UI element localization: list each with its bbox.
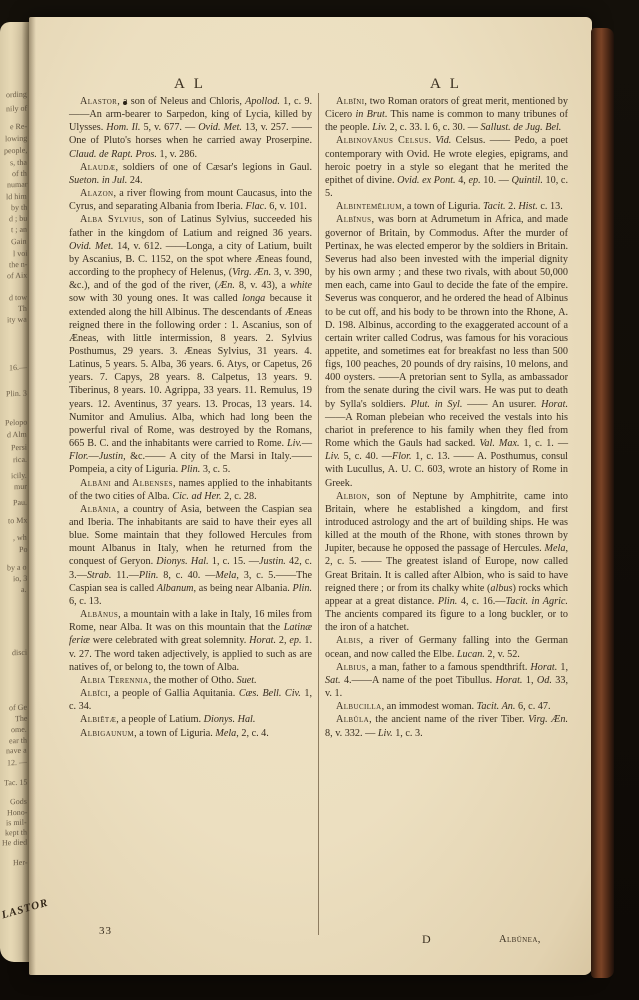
margin-text-fragment: the n- (9, 260, 27, 270)
margin-text-fragment: ome. (11, 725, 27, 735)
margin-text-fragment: rica. (13, 455, 27, 464)
entry-text: Liv. (287, 438, 302, 449)
entry-headword: Albia Terennia (80, 675, 149, 686)
margin-text-fragment: Pelopo (5, 418, 27, 428)
entry-text: —— An usurer. (462, 399, 541, 410)
entry-text: Tacit. in Agric. (506, 596, 568, 607)
entry-text: 1, (557, 662, 568, 673)
entry-text: 1, c. 1. — (520, 438, 568, 449)
entry-headword: Albintemēlium (336, 201, 402, 212)
margin-text-fragment: numar (7, 180, 27, 190)
entry-text: Lucan. (457, 649, 485, 660)
entry-text: 11.— (111, 570, 138, 581)
entry-text: , a river of Germany falling into the Ge… (325, 635, 568, 659)
entry-text: ep. (289, 635, 301, 646)
margin-text-fragment: , wh (13, 533, 27, 542)
entry-text: , an immodest woman. (382, 701, 477, 712)
entry-text: Sueton. in Jul. (69, 175, 127, 186)
entry-text: , a town of Liguria. (134, 728, 215, 739)
entry-text: Dionys. Hal. (156, 556, 208, 567)
entry-text: , a people of Latium. (116, 714, 203, 725)
entry-paragraph: Albion, son of Neptune by Amphitrite, ca… (325, 490, 568, 635)
entry-headword: Albigaunum (80, 728, 134, 739)
entry-text: Flor. (69, 451, 89, 462)
entry-text: 1, c. 3. (393, 728, 423, 739)
entry-text: , a town of Liguria. (402, 201, 483, 212)
entry-headword: Albīnus (336, 214, 371, 225)
entry-headword: Albŭla (336, 714, 369, 725)
entry-text: Mela (215, 728, 236, 739)
entry-text: Plin. (292, 583, 312, 594)
entry-text: Apollod. (245, 96, 280, 107)
entry-text: , was born at Adrumetum in Africa, and m… (325, 214, 568, 409)
margin-text-fragment: is mil- (6, 818, 27, 828)
entry-text: , the ancient name of the river Tiber. (369, 714, 528, 725)
entry-paragraph: Albŭla, the ancient name of the river Ti… (325, 713, 568, 739)
entry-text: Plin. (139, 570, 159, 581)
margin-text-fragment: Gods (10, 797, 27, 807)
margin-text-fragment: l voi (13, 249, 27, 259)
entry-paragraph: Albānia, a country of Asia, between the … (69, 503, 312, 608)
entry-text: Val. Max. (479, 438, 519, 449)
margin-text-fragment: ording (6, 90, 27, 100)
entry-text: Horat. (496, 675, 523, 686)
entry-text: 10. — (481, 175, 512, 186)
entry-text: longa (242, 293, 265, 304)
margin-text-fragment: t ; an (11, 225, 27, 235)
entry-text: 8, c. 40. — (158, 570, 215, 581)
entry-paragraph: Albucilla, an immodest woman. Tacit. An.… (325, 700, 568, 713)
entry-text: Ovid. ex Pont. (397, 175, 455, 186)
entry-text: — (302, 438, 312, 449)
book-photo-background: ordingnily ofe Re-lowingpeople,s, thaof … (0, 0, 639, 1000)
entry-text: Justin (99, 451, 123, 462)
entry-text: Horat. (530, 662, 557, 673)
entry-text: 2, c. 33. l. 6, c. 30. — (387, 122, 480, 133)
entry-text: 4, (456, 175, 469, 186)
entry-text: Albanum (157, 583, 194, 594)
margin-text-fragment: s, tha (10, 158, 27, 168)
entry-headword: Alazon (80, 188, 113, 199)
column-right: Albīni, two Roman orators of great merit… (325, 95, 568, 740)
entry-text: , the mother of Otho. (149, 675, 237, 686)
running-head-right: A L (325, 76, 567, 93)
entry-text: , a people of Gallia Aquitania. (108, 688, 239, 699)
page-gutter-crease (29, 17, 36, 975)
margin-text-fragment: Po (19, 545, 27, 554)
entry-headword: Albiētæ (80, 714, 116, 725)
entry-text: 2. (506, 201, 519, 212)
margin-text-fragment: The (15, 714, 27, 723)
margin-text-fragment: Her- (13, 858, 28, 868)
margin-text-fragment: disci (12, 648, 27, 658)
entry-headword: Albis (336, 635, 361, 646)
entry-text: Plin. (438, 596, 458, 607)
margin-text-fragment: icily. (11, 471, 27, 481)
entry-text: 2, c. 28. (222, 491, 257, 502)
entry-text: — (89, 451, 99, 462)
margin-text-fragment: nave a (6, 746, 27, 756)
entry-headword: Albāni (80, 478, 111, 489)
margin-text-fragment: ear th (9, 736, 27, 746)
entry-headword: Albānus (80, 609, 118, 620)
margin-text-fragment: ity wa (7, 315, 27, 325)
entry-text: Liv. (378, 728, 393, 739)
entry-text: ep. (469, 175, 481, 186)
entry-text: 5, v. 677. — (140, 122, 198, 133)
entry-text: 6, c. 13. (69, 596, 102, 607)
entry-paragraph: Alastor, a son of Neleus and Chloris, Ap… (69, 95, 312, 161)
entry-paragraph: Albius, a man, father to a famous spendt… (325, 661, 568, 700)
entry-text: 5, c. 40. — (340, 451, 392, 462)
entry-text: were celebrated with great solemnity. (90, 635, 249, 646)
entry-paragraph: Albāni and Albenses, names applied to th… (69, 477, 312, 503)
entry-text: The ancients compared its figure to a lo… (325, 609, 568, 633)
entry-headword: Albīni (336, 96, 364, 107)
margin-text-fragment: Plin. 3 (6, 389, 27, 399)
entry-paragraph: Albiētæ, a people of Latium. Dionys. Hal… (69, 713, 312, 726)
entry-headword: Albion (336, 491, 367, 502)
entry-paragraph: Albānus, a mountain with a lake in Italy… (69, 608, 312, 674)
facing-page-edge: ordingnily ofe Re-lowingpeople,s, thaof … (0, 22, 31, 962)
entry-text: 6, c. 47. (515, 701, 550, 712)
entry-headword: Albucilla (336, 701, 382, 712)
running-head-left: A L (69, 76, 311, 93)
entry-text: 4, c. 16.— (457, 596, 505, 607)
entry-paragraph: Alazon, a river flowing from mount Cauca… (69, 187, 312, 213)
book-page: A L A L Alastor, a son of Neleus and Chl… (29, 17, 592, 975)
entry-paragraph: Albīnus, was born at Adrumetum in Africa… (325, 213, 568, 489)
entry-text: , a son of Neleus and Chloris, (117, 96, 245, 107)
entry-text: Claud. de Rapt. Pros. (69, 149, 157, 160)
entry-text: 3, c. 5. (200, 464, 230, 475)
entry-headword: Alaudæ (80, 162, 115, 173)
entry-text: Tacit. An. (477, 701, 516, 712)
entry-text: Justin. (259, 556, 286, 567)
entry-text: Cic. ad Her. (172, 491, 221, 502)
entry-text: white (290, 280, 312, 291)
entry-paragraph: Albinovānus Celsus. Vid. Celsus. —— Pedo… (325, 134, 568, 200)
entry-text: , soldiers of one of Cæsar's legions in … (115, 162, 312, 173)
margin-text-fragment: He died (2, 838, 27, 848)
margin-text-fragment: of th (12, 169, 27, 179)
entry-text: , 2, c. 4. (236, 728, 269, 739)
entry-text: Horat. (249, 635, 276, 646)
margin-text-fragment: Tac. 15 (4, 778, 27, 788)
margin-text-fragment: Th (18, 304, 27, 313)
column-left: Alastor, a son of Neleus and Chloris, Ap… (69, 95, 312, 740)
entry-headword: Albenses (132, 478, 173, 489)
entry-text: Virg. Æn. (528, 714, 568, 725)
entry-text: sow with 30 young ones. It was called (69, 293, 242, 304)
entry-text: Suet. (237, 675, 257, 686)
entry-text: Plut. in Syl. (410, 399, 462, 410)
margin-text-fragment: 16.— (9, 363, 27, 373)
entry-text: Od. (537, 675, 552, 686)
entry-text: Virg. Æn. (232, 267, 271, 278)
entry-text: Cæs. Bell. Civ. (239, 688, 301, 699)
entry-paragraph: Albĭci, a people of Gallia Aquitania. Cæ… (69, 687, 312, 713)
margin-text-fragment: kept th (5, 828, 27, 838)
margin-text-fragment: Persi (11, 443, 27, 453)
entry-text: c. 13. (538, 201, 563, 212)
entry-text: 8, v. 43), a (235, 280, 290, 291)
margin-text-fragment: of Ge (9, 703, 27, 713)
entry-text: Sallust. de Jug. Bel. (480, 122, 561, 133)
book-binding-leather (591, 28, 614, 978)
margin-text-fragment: io, 3 (13, 574, 27, 583)
entry-text: Sat. (325, 675, 341, 686)
entry-text: Liv. (325, 451, 340, 462)
entry-text: Ovid. Met. (198, 122, 242, 133)
entry-text: Mela (215, 570, 236, 581)
entry-text: in Brut (355, 109, 384, 120)
entry-text: , as being near Albania. (194, 583, 293, 594)
entry-text: , a man, father to a famous spendthrift. (366, 662, 530, 673)
margin-text-fragment: Gain (11, 237, 27, 247)
entry-text: Hist. (518, 201, 538, 212)
entry-text: 6, v. 101. (267, 201, 307, 212)
margin-text-fragment: d ; bu (9, 214, 27, 224)
margin-text-fragment: of Aix (7, 271, 27, 281)
entry-text: 2, v. 52. (485, 649, 520, 660)
entry-text: Ovid. Met. (69, 241, 113, 252)
margin-text-fragment: Hono- (7, 808, 27, 818)
entry-text: Plin. (181, 464, 201, 475)
entry-text: 1, v. 286. (157, 149, 197, 160)
entry-paragraph: Alaudæ, soldiers of one of Cæsar's legio… (69, 161, 312, 187)
margin-text-fragment: d Alm (7, 430, 27, 440)
margin-text-fragment: lowing (5, 134, 27, 144)
entry-text: Mela (545, 543, 566, 554)
entry-text: Quintil. (512, 175, 543, 186)
entry-text: 4.——A name of the poet Tibullus. (341, 675, 496, 686)
entry-text: Dionys. Hal. (204, 714, 256, 725)
entry-text: because it extended along the hill Albin… (69, 293, 312, 449)
entry-paragraph: Albīni, two Roman orators of great merit… (325, 95, 568, 134)
entry-text: Liv. (372, 122, 387, 133)
page-number: 33 (99, 925, 112, 937)
margin-text-fragment: mur (14, 482, 27, 491)
entry-text: Horat. (541, 399, 568, 410)
entry-headword: Albĭci (80, 688, 108, 699)
entry-text: 24. (127, 175, 142, 186)
entry-paragraph: Albia Terennia, the mother of Otho. Suet… (69, 674, 312, 687)
entry-text: Æn. (218, 280, 235, 291)
entry-text: Hom. Il. (106, 122, 140, 133)
entry-text: Flor. (392, 451, 412, 462)
entry-text: 1, (522, 675, 536, 686)
entry-text: Flac. (246, 201, 267, 212)
margin-text-fragment: people, (4, 146, 27, 156)
entry-text: Vid. (435, 135, 451, 146)
entry-paragraph: Albigaunum, a town of Liguria. Mela, 2, … (69, 727, 312, 740)
entry-text: albus (490, 583, 512, 594)
entry-text: 8, v. 332. — (325, 728, 378, 739)
margin-text-fragment: nily of (6, 104, 27, 114)
entry-paragraph: Albis, a river of Germany falling into t… (325, 634, 568, 660)
margin-text-fragment: by th (11, 203, 27, 213)
margin-text-fragment: to Mx (8, 516, 27, 526)
entry-text: 2, (276, 635, 289, 646)
entry-headword: Albinovānus Celsus (336, 135, 429, 146)
margin-text-fragment: Pau. (13, 498, 27, 507)
entry-headword: Alba Sylvius (80, 214, 142, 225)
signature-mark: D (422, 932, 431, 947)
entry-text: and (111, 478, 132, 489)
entry-paragraph: Albintemēlium, a town of Liguria. Tacit.… (325, 200, 568, 213)
margin-text-fragment: by a o (7, 563, 27, 573)
entry-headword: Alastor (80, 96, 117, 107)
margin-text-fragment: 12. — (7, 758, 27, 768)
margin-text-fragment: e Re- (10, 122, 27, 132)
margin-text-fragment: d tow (9, 293, 27, 303)
entry-text: Tacit. (483, 201, 506, 212)
entry-paragraph: Alba Sylvius, son of Latinus Sylvius, su… (69, 213, 312, 476)
margin-text-fragment: a. (21, 585, 27, 594)
column-divider (318, 93, 319, 935)
entry-text: Strab. (87, 570, 112, 581)
entry-headword: Albānia (80, 504, 117, 515)
margin-text-fragment: ld him (6, 192, 27, 202)
catchword: Albŭnea, (499, 934, 541, 945)
entry-text: 1, c. 15. — (209, 556, 259, 567)
entry-headword: Albius (336, 662, 366, 673)
